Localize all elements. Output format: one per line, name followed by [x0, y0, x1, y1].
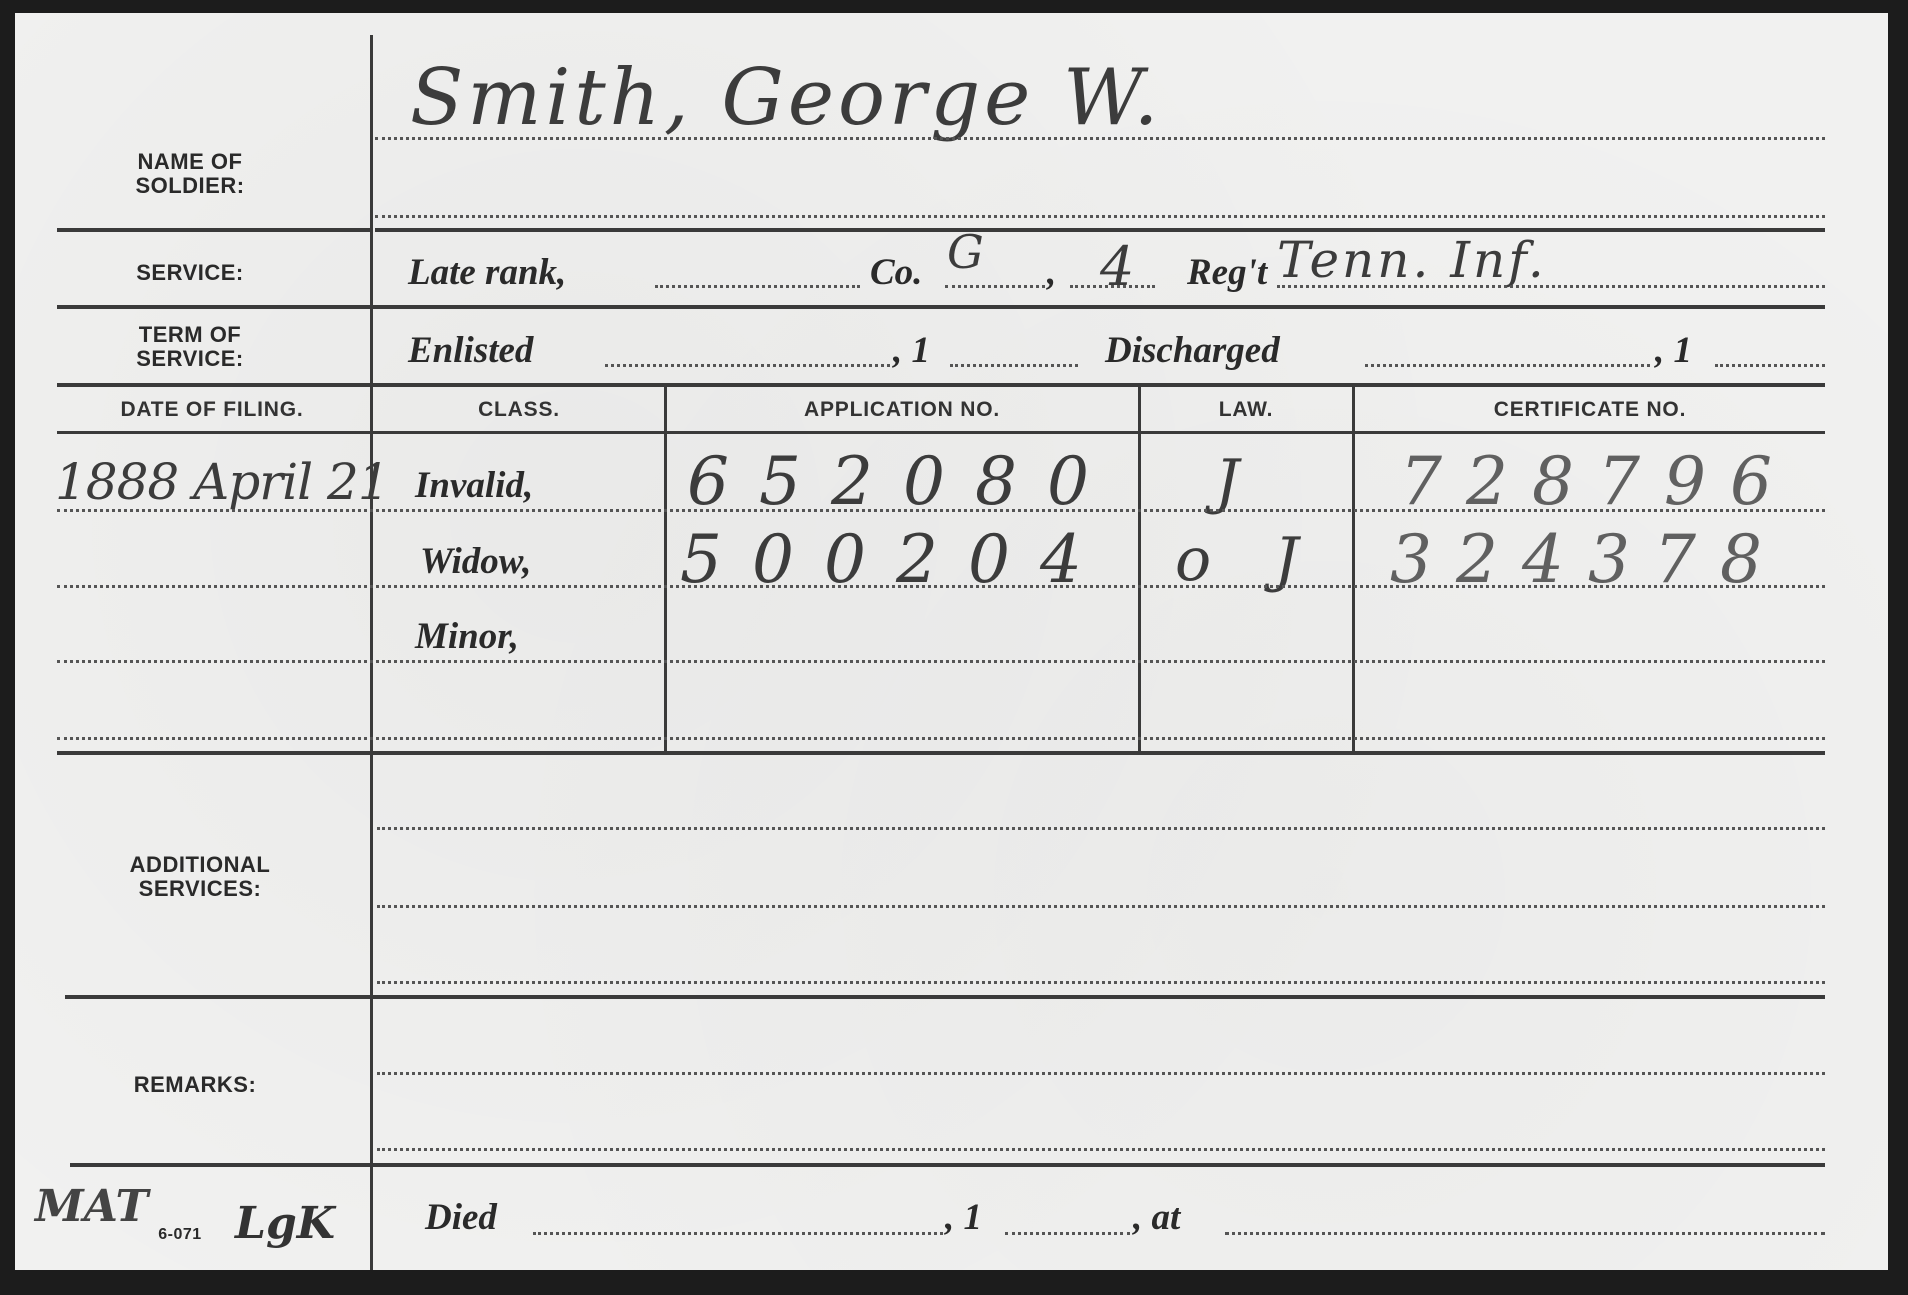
label-name-of-soldier: NAME OF SOLDIER: [115, 150, 265, 198]
company-label: Co. [870, 251, 922, 294]
discharged-label: Discharged [1105, 329, 1280, 372]
label-remarks: REMARKS: [115, 1073, 275, 1097]
row-line-2 [57, 585, 1825, 588]
company-field [945, 285, 1045, 288]
died-date-field [533, 1232, 943, 1235]
late-rank-label: Late rank, [408, 251, 566, 294]
remarks-line-2 [377, 1148, 1825, 1151]
rule-table-bottom [57, 751, 1825, 755]
name-line-2 [375, 215, 1825, 218]
died-year-field [1005, 1232, 1130, 1235]
rule-name-bottom-left [57, 228, 372, 232]
additional-line-1 [377, 827, 1825, 830]
footer-initials: LgK [235, 1198, 335, 1249]
enlisted-year-field [950, 364, 1078, 367]
company-value: G [947, 225, 984, 279]
regiment-number-field [1070, 285, 1155, 288]
label-term-of-service: TERM OF SERVICE: [115, 323, 265, 371]
died-year: , 1 [945, 1196, 982, 1239]
regiment-field [1277, 285, 1825, 288]
col-divider-app-law [1138, 385, 1141, 753]
regiment-value: Tenn. Inf. [1277, 231, 1547, 289]
rule-header-bottom [57, 431, 1825, 434]
discharged-field [1365, 364, 1650, 367]
row-line-4 [57, 737, 1825, 740]
main-divider [370, 35, 373, 1270]
died-label: Died [425, 1196, 497, 1239]
additional-line-3 [377, 981, 1825, 984]
class-invalid: Invalid, [415, 464, 533, 507]
col-divider-law-cert [1352, 385, 1355, 753]
class-minor: Minor, [415, 615, 519, 658]
enlisted-label: Enlisted [408, 329, 533, 372]
died-at-label: , at [1133, 1196, 1180, 1239]
rule-name-bottom-right [375, 228, 1825, 232]
additional-line-2 [377, 905, 1825, 908]
rule-service-bottom [57, 305, 1825, 309]
died-place-field [1225, 1232, 1825, 1235]
header-law: LAW. [1141, 398, 1351, 422]
class-widow: Widow, [420, 540, 531, 583]
law-invalid: J [1215, 447, 1239, 517]
remarks-line-1 [377, 1072, 1825, 1075]
enlisted-year: , 1 [893, 329, 930, 372]
company-separator: , [1047, 251, 1056, 294]
rule-additional-bottom [65, 995, 1825, 999]
pension-index-card: NAME OF SOLDIER: SERVICE: TERM OF SERVIC… [15, 13, 1888, 1270]
header-class: CLASS. [375, 398, 663, 422]
footer-code: 6-071 [145, 1223, 215, 1247]
col-divider-class-app [664, 385, 667, 753]
regiment-label: Reg't [1187, 251, 1267, 294]
footer-note: MAT [35, 1181, 148, 1232]
row-line-3 [57, 660, 1825, 663]
header-date-of-filing: DATE OF FILING. [57, 398, 367, 422]
enlisted-field [605, 364, 890, 367]
soldier-name: Smith, George W. [410, 53, 1162, 143]
regiment-number: 4 [1100, 235, 1134, 298]
late-rank-field [655, 285, 860, 288]
rule-term-bottom [57, 383, 1825, 387]
row-line-1 [57, 509, 1825, 512]
label-service: SERVICE: [115, 261, 265, 285]
label-additional-services: ADDITIONAL SERVICES: [110, 853, 290, 901]
date-of-filing: 1888 April 21 [55, 453, 389, 511]
header-certificate-no: CERTIFICATE NO. [1355, 398, 1825, 422]
rule-remarks-bottom [70, 1163, 1825, 1167]
discharged-year-field [1715, 364, 1825, 367]
name-line [375, 137, 1825, 140]
header-application-no: APPLICATION NO. [667, 398, 1137, 422]
discharged-year: , 1 [1655, 329, 1692, 372]
